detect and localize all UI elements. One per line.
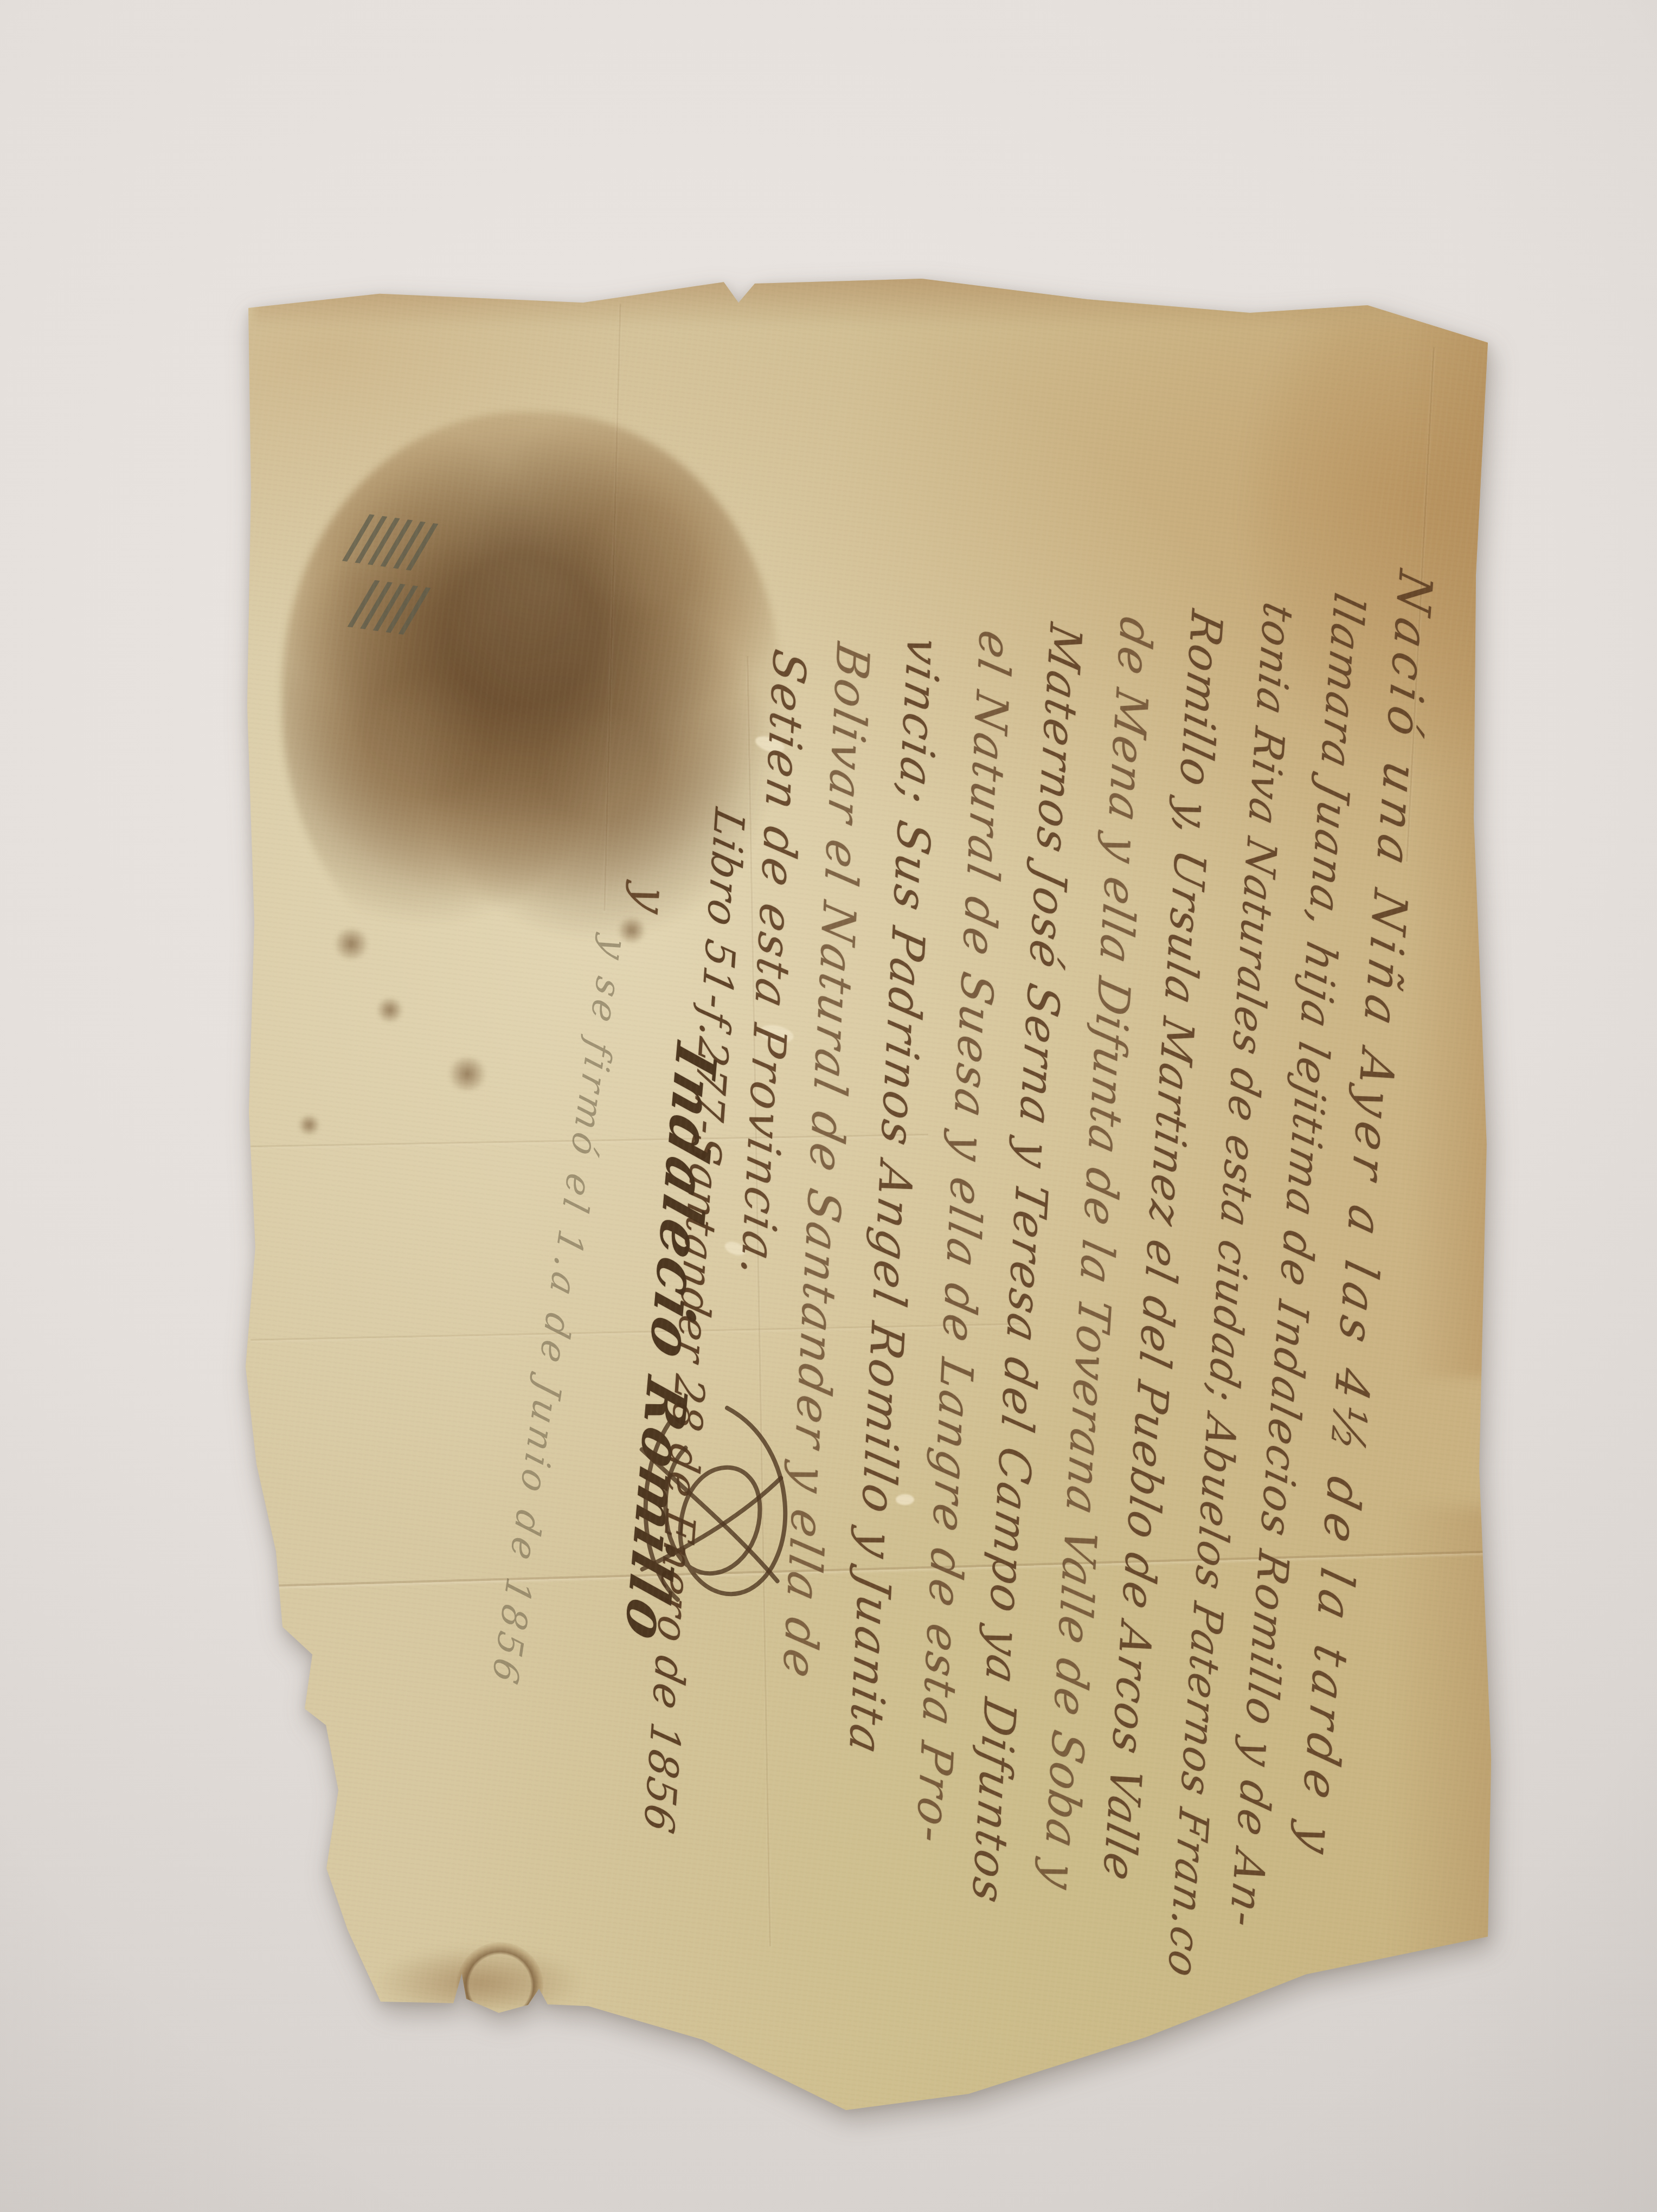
stain-droplet [446, 1057, 489, 1091]
photo-of-document: ////// ///// Nació una Niña Ayer a las 4… [0, 0, 1657, 2212]
ink-word-y: y [624, 880, 678, 919]
paper-shadow: ////// ///// Nació una Niña Ayer a las 4… [0, 0, 1657, 2212]
aged-paper-sheet: ////// ///// Nació una Niña Ayer a las 4… [0, 0, 1657, 2212]
pencil-tally-marks: ////// [340, 501, 434, 581]
bottom-right-edge-stain [1393, 1507, 1502, 2006]
pencil-tally-marks: ///// [345, 567, 426, 644]
stain-droplet [375, 998, 404, 1023]
stain-droplet [332, 928, 371, 960]
torn-notch-burn-rim [457, 1942, 543, 2029]
stain-droplet [297, 1115, 321, 1135]
top-edge-stain [255, 274, 1491, 328]
signature-rubric-flourish [584, 1381, 837, 1634]
burn-mark-bottom-edge [374, 1922, 607, 2009]
stain-droplet [616, 917, 647, 943]
vertical-fold-crease [603, 304, 621, 911]
